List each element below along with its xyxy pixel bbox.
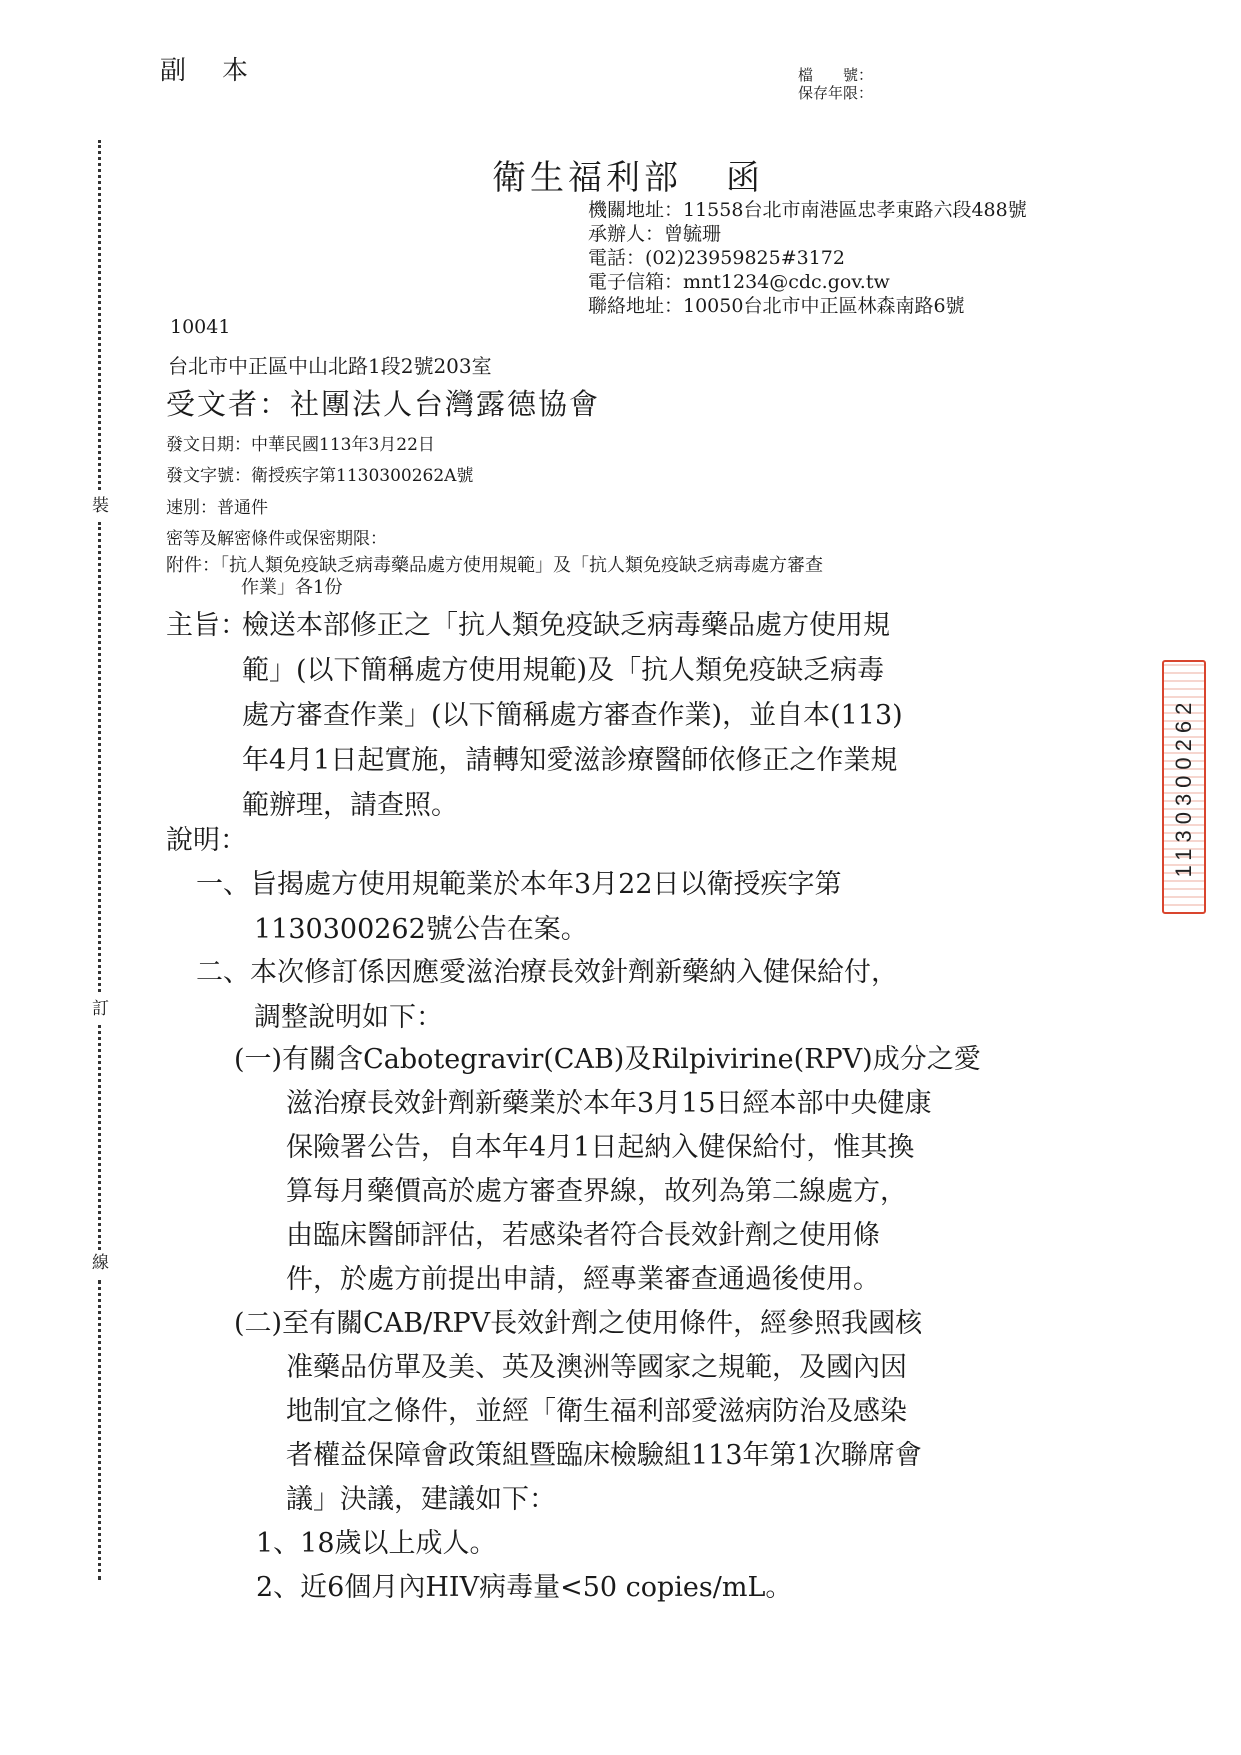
- binding-mark-zhuang: 裝: [92, 495, 109, 517]
- agency-name: 衛生福利部: [492, 158, 682, 198]
- speed-class: 速別：普通件: [166, 493, 268, 518]
- subject-label: 主旨：: [166, 603, 242, 648]
- condition-item: 1、18歲以上成人。: [256, 1522, 497, 1566]
- explanation-item-2: 二、本次修訂係因應愛滋治療長效針劑新藥納入健保給付， 調整說明如下：: [196, 950, 898, 1040]
- phone: 電話：(02)23959825#3172: [588, 246, 1027, 270]
- email: 電子信箱：mnt1234@cdc.gov.tw: [588, 270, 1027, 294]
- document-title: 衛生福利部函: [492, 150, 764, 199]
- recipient-name: 受文者：社團法人台灣露德協會: [166, 382, 600, 423]
- attachments: 附件：「抗人類免疫缺乏病毒藥品處方使用規範」及「抗人類免疫缺乏病毒處方審查 作業…: [166, 555, 823, 599]
- handler: 承辦人：曾毓珊: [588, 222, 1027, 246]
- sub-item-2: (二)至有關CAB/RPV長效針劑之使用條件，經參照我國核 准藥品仿單及美、英及…: [234, 1302, 922, 1522]
- binding-dots: [98, 522, 105, 992]
- doc-number: 發文字號：衛授疾字第1130300262A號: [166, 461, 473, 486]
- recipient-zip: 10041: [170, 316, 230, 338]
- recipient-address: 台北市中正區中山北路1段2號203室: [168, 350, 492, 379]
- secrecy-level: 密等及解密條件或保密期限：: [166, 524, 387, 549]
- subject-line: 範」(以下簡稱處方使用規範)及「抗人類免疫缺乏病毒: [242, 648, 1102, 693]
- binding-dots: [98, 1025, 105, 1250]
- file-number-label: 檔 號：: [798, 66, 873, 84]
- explanation-label: 說明：: [166, 818, 247, 857]
- condition-item: 2、近6個月內HIV病毒量<50 copies/mL。: [256, 1566, 792, 1610]
- binding-mark-ding: 訂: [92, 998, 109, 1020]
- subject-line: 範辦理，請查照。: [242, 783, 1102, 828]
- subject-section: 主旨： 檢送本部修正之「抗人類免疫缺乏病毒藥品處方使用規 範」(以下簡稱處方使用…: [166, 603, 1102, 828]
- subject-line: 年4月1日起實施，請轉知愛滋診療醫師依修正之作業規: [242, 738, 1102, 783]
- receipt-stamp: 1130300262: [1162, 660, 1206, 914]
- binding-dots: [98, 1280, 105, 1580]
- subject-line: 檢送本部修正之「抗人類免疫缺乏病毒藥品處方使用規: [242, 603, 1102, 648]
- binding-mark-xian: 線: [92, 1252, 109, 1274]
- binding-line: 裝 訂 線: [98, 140, 108, 1600]
- attachment-line-2: 作業」各1份: [166, 577, 823, 599]
- subject-line: 處方審查作業」(以下簡稱處方審查作業)，並自本(113): [242, 693, 1102, 738]
- explanation-item-1: 一、旨揭處方使用規範業於本年3月22日以衛授疾字第 1130300262號公告在…: [196, 862, 842, 952]
- attachment-line-1: 附件：「抗人類免疫缺乏病毒藥品處方使用規範」及「抗人類免疫缺乏病毒處方審查: [166, 555, 823, 576]
- copy-mark: 副本: [160, 50, 284, 87]
- contact-block: 機關地址：11558台北市南港區忠孝東路六段488號 承辦人：曾毓珊 電話：(0…: [588, 198, 1027, 318]
- stamp-number: 1130300262: [1171, 697, 1197, 878]
- doc-type: 函: [726, 158, 764, 198]
- sub-item-1: (一)有關含Cabotegravir(CAB)及Rilpivirine(RPV)…: [234, 1038, 981, 1302]
- binding-dots: [98, 140, 105, 490]
- retention-label: 保存年限：: [798, 84, 873, 102]
- issue-date: 發文日期：中華民國113年3月22日: [166, 430, 435, 455]
- file-info: 檔 號： 保存年限：: [798, 66, 873, 102]
- agency-address: 機關地址：11558台北市南港區忠孝東路六段488號: [588, 198, 1027, 222]
- mailing-address: 聯絡地址：10050台北市中正區林森南路6號: [588, 294, 1027, 318]
